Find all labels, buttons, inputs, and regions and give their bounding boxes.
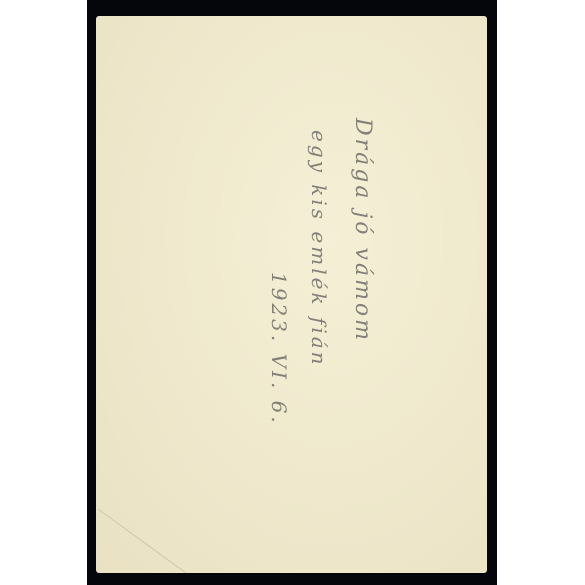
handwriting-line-2: egy kis emlék fián	[307, 130, 331, 368]
photo-back-card	[96, 16, 487, 573]
handwriting-line-1: Drága jó vámom	[350, 118, 375, 343]
corner-crease	[96, 16, 487, 573]
handwriting-date: 1923. VI. 6.	[267, 272, 291, 426]
